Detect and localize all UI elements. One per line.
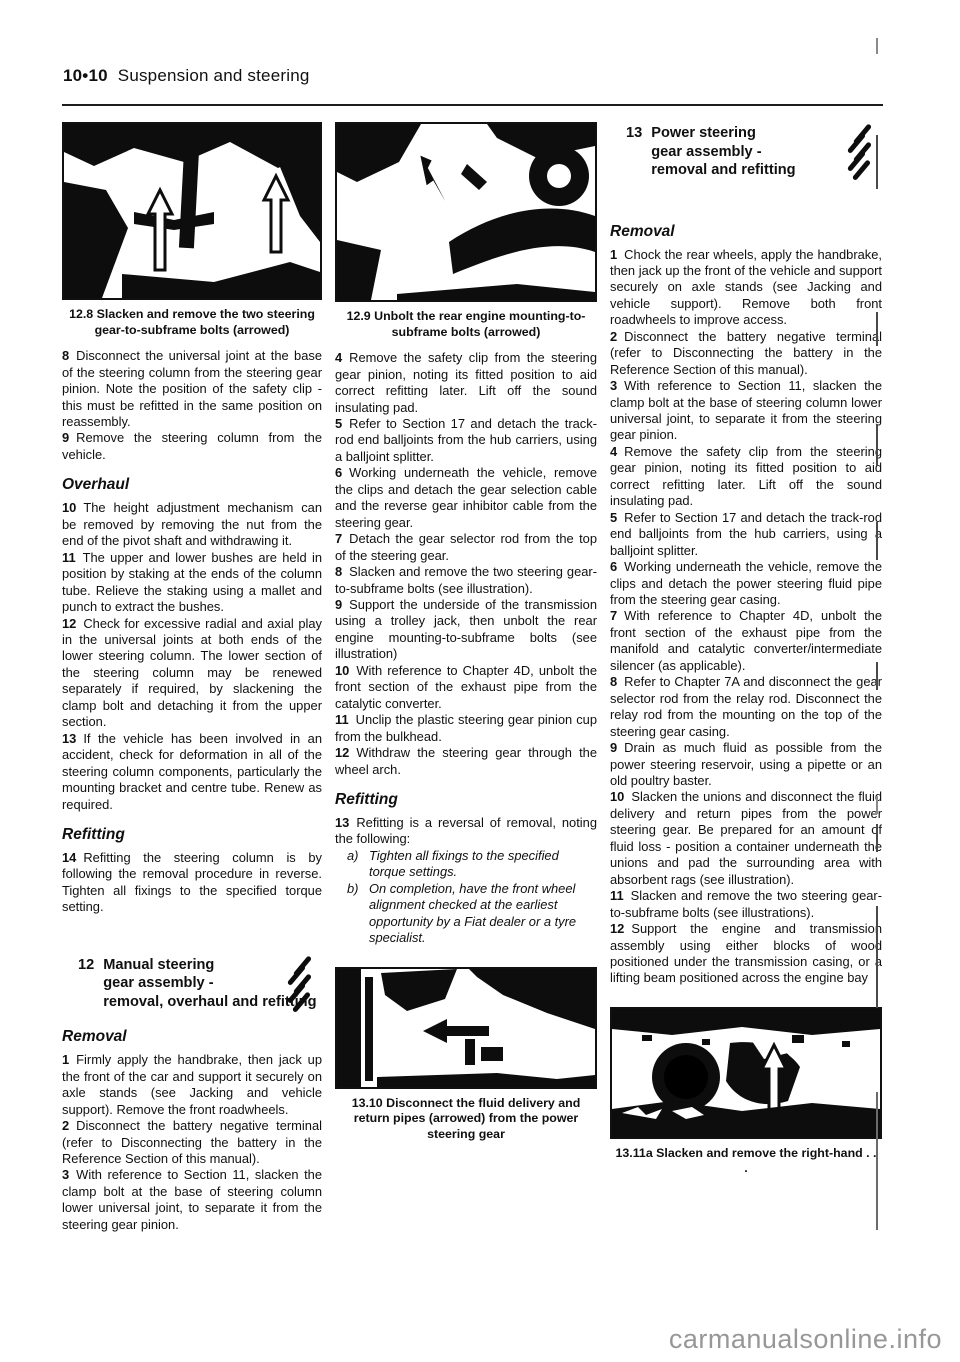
- paragraph-8m: 8Slacken and remove the two steering gea…: [335, 564, 597, 597]
- paragraph-r2: 2Disconnect the battery negative termina…: [610, 329, 882, 378]
- caption-13-11a: 13.11a Slacken and remove the right-hand…: [614, 1146, 878, 1177]
- caption-13-10: 13.10 Disconnect the fluid delivery and …: [339, 1096, 593, 1143]
- paragraph-10: 10The height adjustment mechanism can be…: [62, 500, 322, 549]
- section-number: 13: [626, 124, 642, 180]
- heading-overhaul: Overhaul: [62, 476, 322, 494]
- scan-artifact-line: [876, 1092, 878, 1230]
- paragraph-5: 5Refer to Section 17 and detach the trac…: [335, 416, 597, 465]
- photo-12-9: [335, 122, 597, 302]
- caption-12-9: 12.9 Unbolt the rear engine mounting-to-…: [339, 309, 593, 340]
- paragraph-r11: 11Slacken and remove the two steering ge…: [610, 888, 882, 921]
- paragraph-14: 14Refitting the steering column is by fo…: [62, 850, 322, 916]
- heading-refitting-middle: Refitting: [335, 791, 597, 809]
- photo-13-11a: [610, 1007, 882, 1139]
- list-item-b: b)On completion, have the front wheel al…: [347, 881, 597, 947]
- scan-artifact-line: [876, 38, 878, 54]
- paragraph-r1: 1Chock the rear wheels, apply the handbr…: [610, 247, 882, 329]
- watermark-text: carmanualsonline.info: [669, 1324, 942, 1355]
- paragraph-11: 11The upper and lower bushes are held in…: [62, 550, 322, 616]
- paragraph-r9: 9Drain as much fluid as possible from th…: [610, 740, 882, 789]
- paragraph-10m: 10With reference to Chapter 4D, unbolt t…: [335, 663, 597, 712]
- paragraph-r3: 3With reference to Section 11, slacken t…: [610, 378, 882, 444]
- difficulty-wrenches-icon: [286, 954, 316, 1014]
- paragraph-s12-1: 1Firmly apply the handbrake, then jack u…: [62, 1052, 322, 1118]
- scan-artifact-line: [876, 522, 878, 560]
- page-number: 10•10: [63, 66, 108, 85]
- photo-12-8: [62, 122, 322, 300]
- section-number: 12: [78, 956, 94, 1012]
- header-divider: [62, 104, 883, 106]
- paragraph-11m: 11Unclip the plastic steering gear pinio…: [335, 712, 597, 745]
- paragraph-13: 13If the vehicle has been involved in an…: [62, 731, 322, 813]
- scan-artifact-line: [876, 796, 878, 814]
- paragraph-r5: 5Refer to Section 17 and detach the trac…: [610, 510, 882, 559]
- paragraph-12m: 12Withdraw the steering gear through the…: [335, 745, 597, 778]
- heading-refitting-left: Refitting: [62, 826, 322, 844]
- paragraph-12: 12Check for excessive radial and axial p…: [62, 616, 322, 731]
- heading-removal-left: Removal: [62, 1028, 322, 1046]
- caption-12-8: 12.8 Slacken and remove the two steering…: [66, 307, 318, 338]
- scan-artifact-line: [876, 662, 878, 690]
- paragraph-r6: 6Working underneath the vehicle, remove …: [610, 559, 882, 608]
- chapter-title: Suspension and steering: [118, 66, 310, 85]
- paragraph-r12: 12Support the engine and transmission as…: [610, 921, 882, 987]
- paragraph-r8: 8Refer to Chapter 7A and disconnect the …: [610, 674, 882, 740]
- difficulty-wrenches-icon: [846, 122, 876, 182]
- paragraph-6: 6Working underneath the vehicle, remove …: [335, 465, 597, 531]
- paragraph-9m: 9Support the underside of the transmissi…: [335, 597, 597, 663]
- paragraph-r4: 4Remove the safety clip from the steerin…: [610, 444, 882, 510]
- paragraph-r10: 10Slacken the unions and disconnect the …: [610, 789, 882, 888]
- paragraph-4: 4Remove the safety clip from the steerin…: [335, 350, 597, 416]
- scan-artifact-line: [876, 135, 878, 189]
- page-header: 10•10Suspension and steering: [63, 66, 310, 86]
- page-columns: 12.8 Slacken and remove the two steering…: [62, 114, 882, 1233]
- heading-removal-right: Removal: [610, 223, 882, 241]
- section-head-12: 12 Manual steering gear assembly - remov…: [62, 952, 322, 1016]
- photo-13-10: [335, 967, 597, 1089]
- paragraph-9: 9Remove the steering column from the veh…: [62, 430, 322, 463]
- scan-artifact-line: [876, 312, 878, 346]
- scan-artifact-line: [876, 424, 878, 466]
- column-left: 12.8 Slacken and remove the two steering…: [62, 114, 322, 1233]
- column-middle: 12.9 Unbolt the rear engine mounting-to-…: [335, 114, 597, 1233]
- paragraph-s12-2: 2Disconnect the battery negative termina…: [62, 1118, 322, 1167]
- scan-artifact-line: [876, 824, 878, 852]
- paragraph-s12-3: 3With reference to Section 11, slacken t…: [62, 1167, 322, 1233]
- paragraph-8: 8Disconnect the universal joint at the b…: [62, 348, 322, 430]
- column-right: 13 Power steering gear assembly - remova…: [610, 114, 882, 1233]
- scan-artifact-line: [876, 906, 878, 1008]
- paragraph-13m: 13Refitting is a reversal of removal, no…: [335, 815, 597, 848]
- section-title: Power steering gear assembly - removal a…: [651, 124, 795, 180]
- section-title: Manual steering gear assembly - removal,…: [103, 956, 316, 1012]
- paragraph-7: 7Detach the gear selector rod from the t…: [335, 531, 597, 564]
- paragraph-r7: 7With reference to Chapter 4D, unbolt th…: [610, 608, 882, 674]
- list-item-a: a)Tighten all fixings to the specified t…: [347, 848, 597, 881]
- section-head-13: 13 Power steering gear assembly - remova…: [610, 120, 882, 184]
